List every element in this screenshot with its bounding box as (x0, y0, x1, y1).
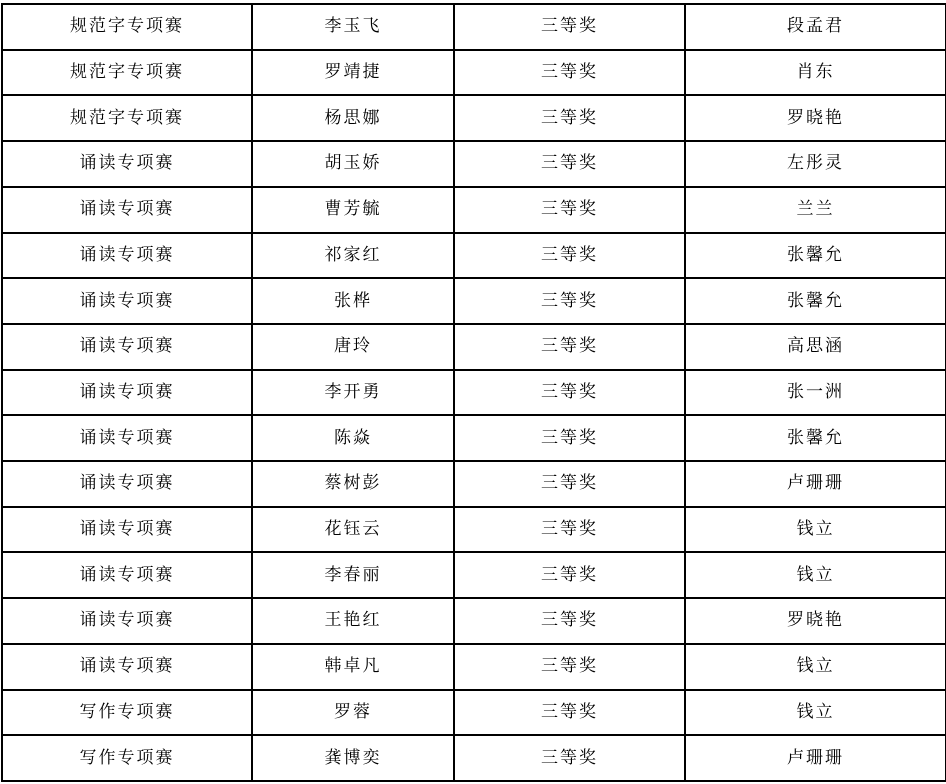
cell-student-name: 罗靖捷 (252, 50, 454, 96)
cell-teacher-name: 肖东 (685, 50, 946, 96)
table-row: 写作专项赛龚博奕三等奖卢珊珊 (2, 735, 946, 781)
cell-student-name: 李开勇 (252, 370, 454, 416)
cell-teacher-name: 卢珊珊 (685, 461, 946, 507)
cell-competition-name: 诵读专项赛 (2, 552, 252, 598)
cell-student-name: 韩卓凡 (252, 644, 454, 690)
cell-competition-name: 诵读专项赛 (2, 507, 252, 553)
cell-award-level: 三等奖 (454, 644, 685, 690)
cell-student-name: 王艳红 (252, 598, 454, 644)
cell-teacher-name: 钱立 (685, 507, 946, 553)
table-row: 诵读专项赛张桦三等奖张馨允 (2, 278, 946, 324)
cell-award-level: 三等奖 (454, 141, 685, 187)
cell-award-level: 三等奖 (454, 95, 685, 141)
cell-award-level: 三等奖 (454, 415, 685, 461)
cell-award-level: 三等奖 (454, 4, 685, 50)
cell-competition-name: 规范字专项赛 (2, 95, 252, 141)
cell-teacher-name: 段孟君 (685, 4, 946, 50)
cell-teacher-name: 张馨允 (685, 233, 946, 279)
table-row: 诵读专项赛曹芳毓三等奖兰兰 (2, 187, 946, 233)
cell-student-name: 曹芳毓 (252, 187, 454, 233)
table-row: 诵读专项赛蔡树彭三等奖卢珊珊 (2, 461, 946, 507)
table-row: 诵读专项赛陈焱三等奖张馨允 (2, 415, 946, 461)
cell-competition-name: 诵读专项赛 (2, 278, 252, 324)
cell-award-level: 三等奖 (454, 233, 685, 279)
cell-student-name: 李玉飞 (252, 4, 454, 50)
cell-teacher-name: 卢珊珊 (685, 735, 946, 781)
cell-competition-name: 诵读专项赛 (2, 644, 252, 690)
cell-competition-name: 诵读专项赛 (2, 324, 252, 370)
cell-student-name: 龚博奕 (252, 735, 454, 781)
table-row: 诵读专项赛唐玲三等奖高思涵 (2, 324, 946, 370)
table-row: 诵读专项赛祁家红三等奖张馨允 (2, 233, 946, 279)
cell-teacher-name: 罗晓艳 (685, 95, 946, 141)
cell-teacher-name: 兰兰 (685, 187, 946, 233)
cell-award-level: 三等奖 (454, 552, 685, 598)
table-row: 写作专项赛罗蓉三等奖钱立 (2, 690, 946, 736)
cell-student-name: 张桦 (252, 278, 454, 324)
table-row: 规范字专项赛李玉飞三等奖段孟君 (2, 4, 946, 50)
table-row: 规范字专项赛罗靖捷三等奖肖东 (2, 50, 946, 96)
cell-teacher-name: 左彤灵 (685, 141, 946, 187)
cell-competition-name: 诵读专项赛 (2, 415, 252, 461)
cell-teacher-name: 罗晓艳 (685, 598, 946, 644)
cell-award-level: 三等奖 (454, 690, 685, 736)
cell-student-name: 陈焱 (252, 415, 454, 461)
cell-award-level: 三等奖 (454, 461, 685, 507)
cell-competition-name: 写作专项赛 (2, 690, 252, 736)
cell-award-level: 三等奖 (454, 324, 685, 370)
cell-teacher-name: 张馨允 (685, 415, 946, 461)
table-row: 诵读专项赛李开勇三等奖张一洲 (2, 370, 946, 416)
cell-award-level: 三等奖 (454, 735, 685, 781)
cell-student-name: 李春丽 (252, 552, 454, 598)
table-row: 诵读专项赛胡玉娇三等奖左彤灵 (2, 141, 946, 187)
table-row: 诵读专项赛花钰云三等奖钱立 (2, 507, 946, 553)
cell-award-level: 三等奖 (454, 278, 685, 324)
cell-award-level: 三等奖 (454, 507, 685, 553)
cell-student-name: 唐玲 (252, 324, 454, 370)
cell-award-level: 三等奖 (454, 50, 685, 96)
awards-table: 规范字专项赛李玉飞三等奖段孟君规范字专项赛罗靖捷三等奖肖东规范字专项赛杨思娜三等… (1, 3, 946, 782)
cell-competition-name: 诵读专项赛 (2, 370, 252, 416)
cell-competition-name: 诵读专项赛 (2, 233, 252, 279)
cell-teacher-name: 高思涵 (685, 324, 946, 370)
cell-student-name: 胡玉娇 (252, 141, 454, 187)
cell-teacher-name: 钱立 (685, 552, 946, 598)
table-row: 诵读专项赛李春丽三等奖钱立 (2, 552, 946, 598)
cell-award-level: 三等奖 (454, 598, 685, 644)
cell-student-name: 杨思娜 (252, 95, 454, 141)
cell-competition-name: 规范字专项赛 (2, 4, 252, 50)
document-page: 规范字专项赛李玉飞三等奖段孟君规范字专项赛罗靖捷三等奖肖东规范字专项赛杨思娜三等… (0, 0, 946, 784)
cell-competition-name: 写作专项赛 (2, 735, 252, 781)
cell-student-name: 祁家红 (252, 233, 454, 279)
cell-award-level: 三等奖 (454, 370, 685, 416)
cell-student-name: 蔡树彭 (252, 461, 454, 507)
cell-student-name: 罗蓉 (252, 690, 454, 736)
cell-teacher-name: 张馨允 (685, 278, 946, 324)
awards-table-body: 规范字专项赛李玉飞三等奖段孟君规范字专项赛罗靖捷三等奖肖东规范字专项赛杨思娜三等… (2, 4, 946, 781)
table-row: 诵读专项赛王艳红三等奖罗晓艳 (2, 598, 946, 644)
table-row: 诵读专项赛韩卓凡三等奖钱立 (2, 644, 946, 690)
table-row: 规范字专项赛杨思娜三等奖罗晓艳 (2, 95, 946, 141)
cell-award-level: 三等奖 (454, 187, 685, 233)
cell-competition-name: 规范字专项赛 (2, 50, 252, 96)
cell-teacher-name: 钱立 (685, 690, 946, 736)
cell-teacher-name: 张一洲 (685, 370, 946, 416)
cell-teacher-name: 钱立 (685, 644, 946, 690)
cell-competition-name: 诵读专项赛 (2, 187, 252, 233)
cell-competition-name: 诵读专项赛 (2, 461, 252, 507)
cell-competition-name: 诵读专项赛 (2, 598, 252, 644)
cell-student-name: 花钰云 (252, 507, 454, 553)
cell-competition-name: 诵读专项赛 (2, 141, 252, 187)
